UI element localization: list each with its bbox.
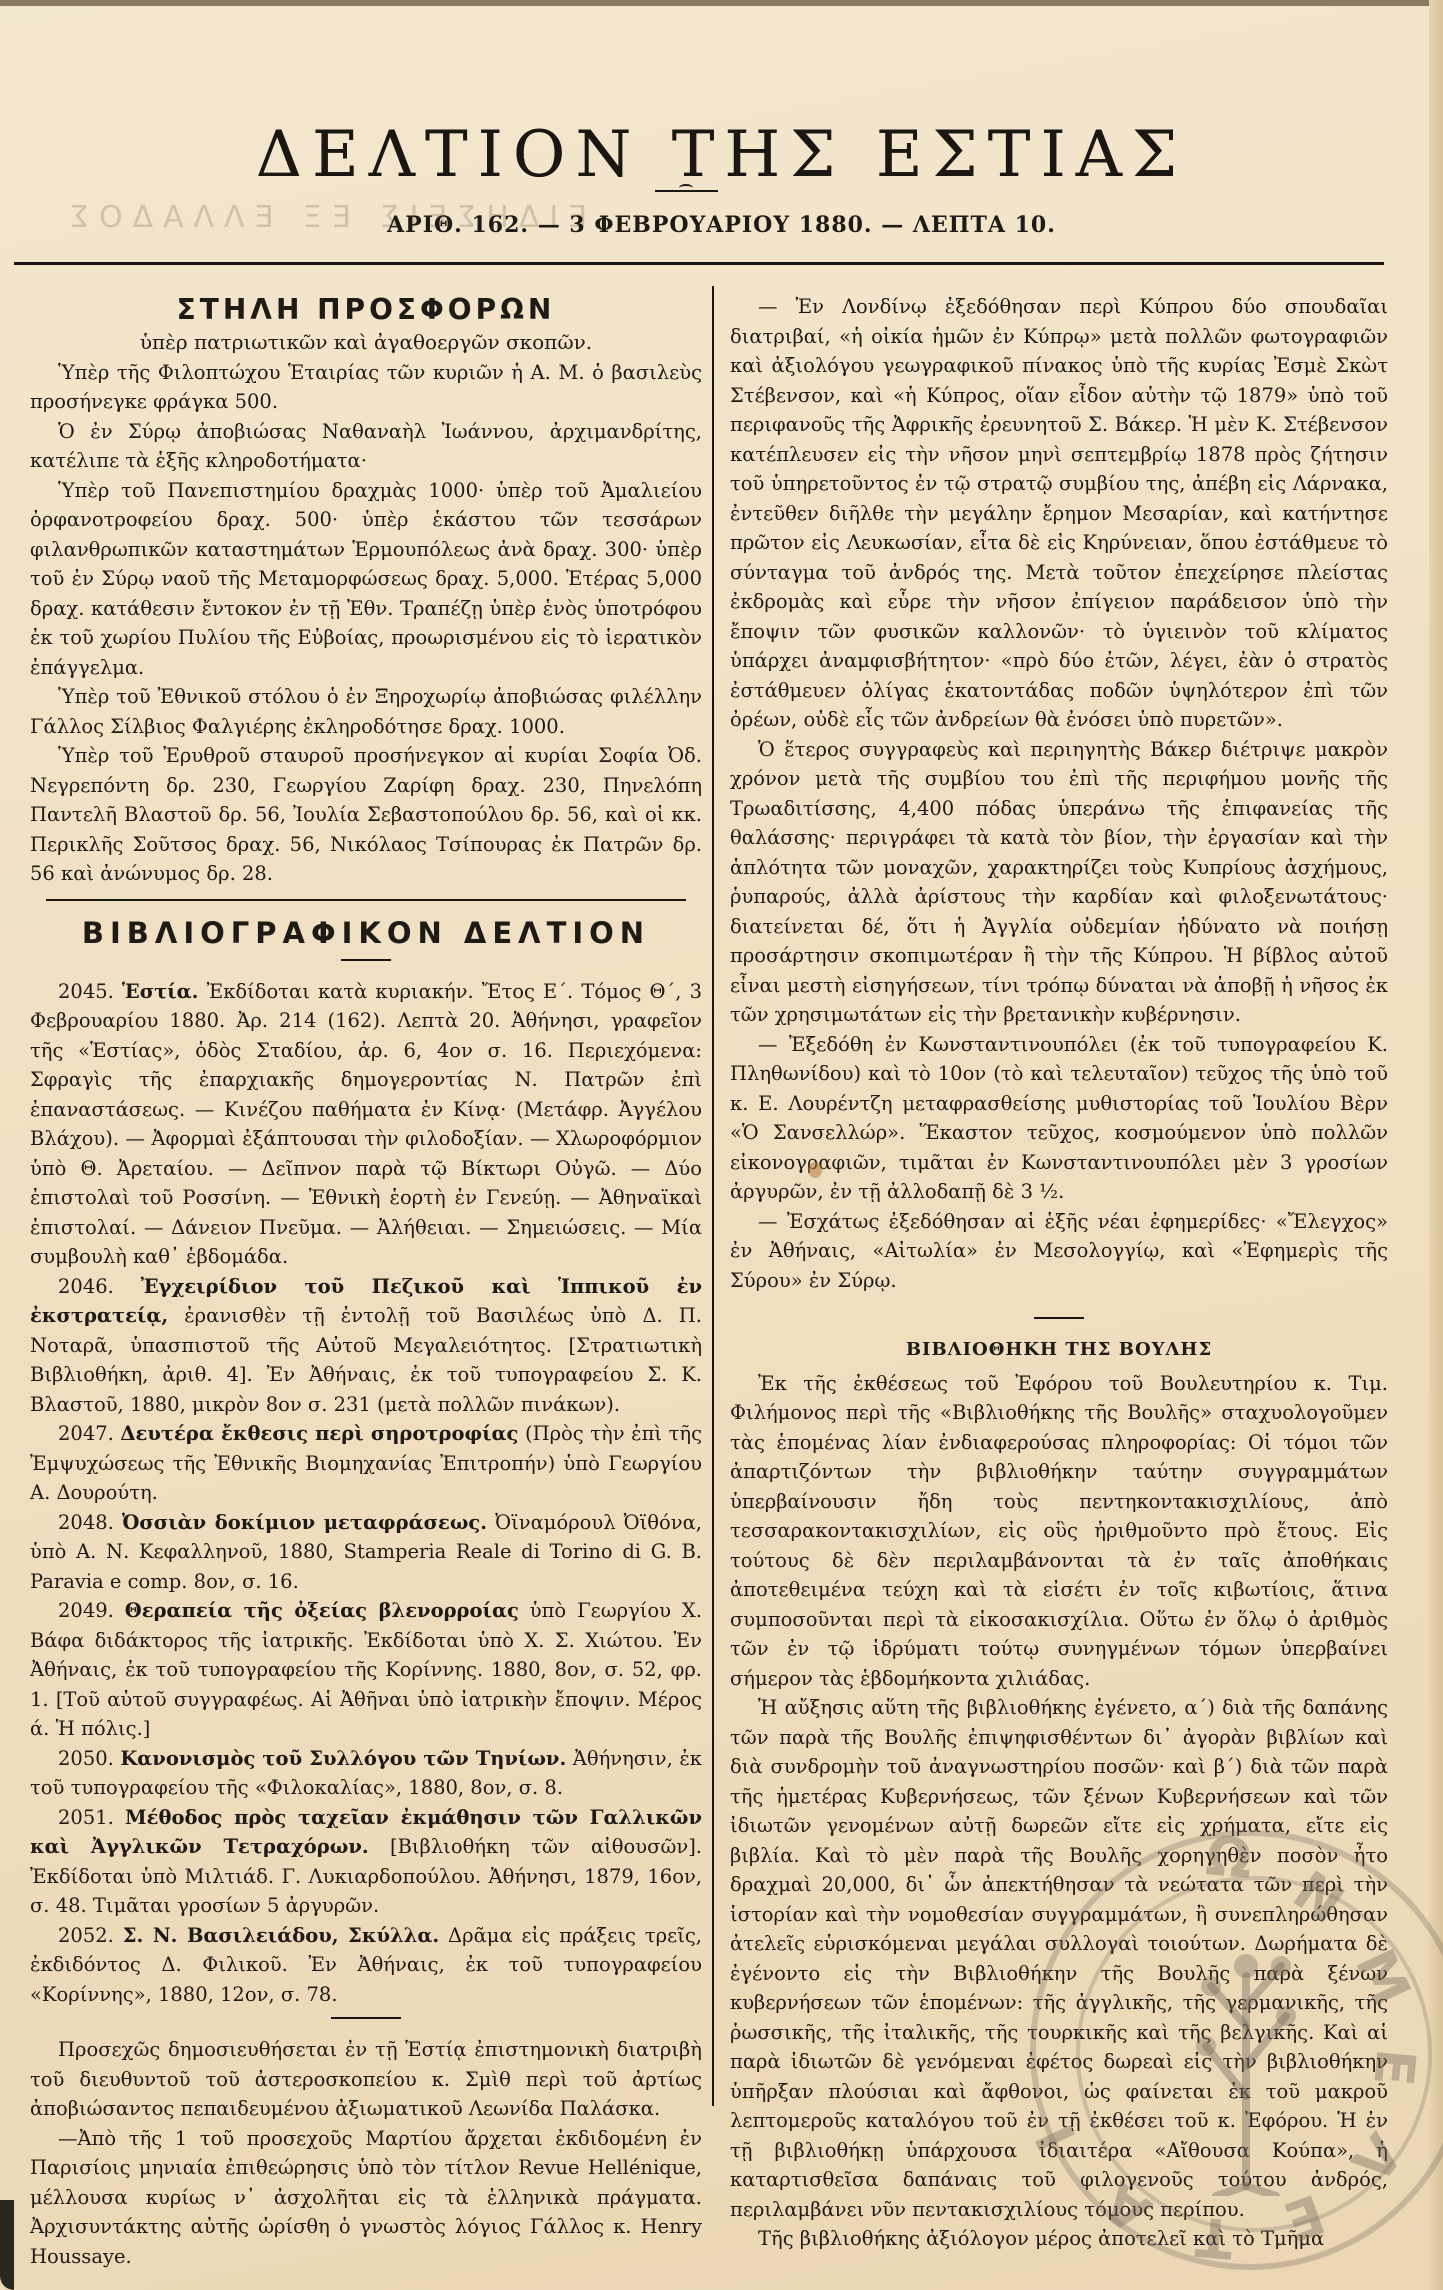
stamp-letter: Ω	[1203, 1824, 1254, 1891]
bibliography-entry: 2048. Ὀσσιὰν δοκίμιον μεταφράσεως. Ὀϊναμ…	[30, 1508, 702, 1597]
entry-title: Κανονισμὸς τοῦ Συλλόγου τῶν Τηνίων.	[120, 1747, 566, 1770]
masthead-bottom-rule	[14, 262, 1384, 265]
bibliography-entry: 2047. Δευτέρα ἔκθεσις περὶ σηροτροφίας (…	[30, 1419, 702, 1508]
left-column: ΣΤΗΛΗ ΠΡΟΣΦΟΡΩΝ ὑπὲρ πατριωτικῶν καὶ ἀγα…	[30, 292, 702, 2271]
title-underline	[341, 959, 391, 961]
news-item: — Ἐν Λονδίνῳ ἐξεδόθησαν περὶ Κύπρου δύο …	[730, 292, 1388, 735]
entry-number: 2047.	[58, 1422, 114, 1445]
stamp-letter: Ε	[1361, 2046, 1427, 2088]
entry-number: 2048.	[58, 1511, 114, 1534]
offers-subtitle: ὑπὲρ πατριωτικῶν καὶ ἀγαθοεργῶν σκοπῶν.	[30, 328, 702, 358]
library-paragraph: Ἐκ τῆς ἐκθέσεως τοῦ Ἐφόρου τοῦ Βουλευτηρ…	[730, 1369, 1388, 1694]
section-divider	[46, 899, 686, 901]
bibliography-entry: 2049. Θεραπεία τῆς ὀξείας βλενορροίας ὑπ…	[30, 1596, 702, 1744]
entry-title: Θεραπεία τῆς ὀξείας βλενορροίας	[125, 1599, 519, 1622]
library-stamp: Ω Ν Μ Ε Λ Ε Τ Α Ι	[1030, 1830, 1443, 2270]
entry-number: 2045.	[58, 980, 114, 1003]
bibliography-entry: 2051. Μέθοδος πρὸς ταχεῖαν ἐκμάθησιν τῶν…	[30, 1803, 702, 1921]
title-ornament-notch	[679, 184, 693, 192]
bibliography-entry: 2050. Κανονισμὸς τοῦ Συλλόγου τῶν Τηνίων…	[30, 1744, 702, 1803]
entry-number: 2050.	[58, 1747, 114, 1770]
news-item: — Ἐσχάτως ἐξεδόθησαν αἱ ἑξῆς νέαι ἐφημερ…	[730, 1207, 1388, 1296]
entry-number: 2049.	[58, 1599, 114, 1622]
left-news-section: Προσεχῶς δημοσιευθήσεται ἐν τῇ Ἑστίᾳ ἐπι…	[30, 2035, 702, 2271]
news-item: Προσεχῶς δημοσιευθήσεται ἐν τῇ Ἑστίᾳ ἐπι…	[30, 2035, 702, 2124]
ink-stain	[808, 1162, 822, 1178]
news-item: — Ἐξεδόθη ἐν Κωνσταντινουπόλει (ἐκ τοῦ τ…	[730, 1030, 1388, 1207]
right-news-section: — Ἐν Λονδίνῳ ἐξεδόθησαν περὶ Κύπρου δύο …	[730, 292, 1388, 1295]
bibliography-entry: 2052. Σ. Ν. Βασιλειάδου, Σκύλλα. Δρᾶμα ε…	[30, 1921, 702, 2010]
page-corner-shadow	[0, 2200, 14, 2290]
tree-icon	[1186, 1896, 1306, 2196]
entry-title: Ἑστία.	[122, 980, 198, 1003]
offers-section: ΣΤΗΛΗ ΠΡΟΣΦΟΡΩΝ ὑπὲρ πατριωτικῶν καὶ ἀγα…	[30, 292, 702, 889]
news-item: Ὁ ἕτερος συγγραφεὺς καὶ περιηγητὴς Βάκερ…	[730, 735, 1388, 1030]
library-title: ΒΙΒΛΙΟΘΗΚΗ ΤΗΣ ΒΟΥΛΗΣ	[730, 1335, 1388, 1365]
offers-paragraph: Ὑπὲρ τοῦ Ἐθνικοῦ στόλου ὁ ἐν Ξηροχωρίῳ ἀ…	[30, 682, 702, 741]
offers-paragraph: Ὑπὲρ τοῦ Πανεπιστημίου δραχμὰς 1000· ὑπὲ…	[30, 476, 702, 683]
entry-title: Ὀσσιὰν δοκίμιον μεταφράσεως.	[122, 1511, 487, 1534]
bibliography-section: ΒΙΒΛΙΟΓΡΑΦΙΚΟΝ ΔΕΛΤΙΟΝ 2045. Ἑστία. Ἐκδί…	[30, 915, 702, 2010]
section-break-rule	[1034, 1317, 1084, 1319]
page-top-edge	[0, 0, 1443, 6]
newspaper-title: ΔΕΛΤΙΟΝ ΤΗΣ ΕΣΤΙΑΣ	[256, 118, 1187, 192]
column-divider	[712, 286, 714, 2106]
masthead-title-wrap: ΔΕΛΤΙΟΝ ΤΗΣ ΕΣΤΙΑΣ	[0, 118, 1443, 192]
entry-number: 2046.	[58, 1275, 114, 1298]
bibliography-title: ΒΙΒΛΙΟΓΡΑΦΙΚΟΝ ΔΕΛΤΙΟΝ	[30, 915, 702, 951]
news-item: —Ἀπὸ τῆς 1 τοῦ προσεχοῦς Μαρτίου ἄρχεται…	[30, 2124, 702, 2272]
entry-title: Σ. Ν. Βασιλειάδου, Σκύλλα.	[123, 1924, 439, 1947]
entry-number: 2052.	[58, 1924, 114, 1947]
entry-number: 2051.	[58, 1806, 114, 1829]
offers-title: ΣΤΗΛΗ ΠΡΟΣΦΟΡΩΝ	[30, 292, 702, 328]
offers-paragraph: Ὑπὲρ τοῦ Ἐρυθροῦ σταυροῦ προσήνεγκον αἱ …	[30, 741, 702, 889]
section-break-rule	[331, 2017, 401, 2019]
entry-title: Δευτέρα ἔκθεσις περὶ σηροτροφίας	[120, 1422, 518, 1445]
stamp-letter: Τ	[1193, 2205, 1235, 2271]
offers-paragraph: Ὁ ἐν Σύρῳ ἀποβιώσας Ναθαναὴλ Ἰωάννου, ἀρ…	[30, 417, 702, 476]
bibliography-entry: 2045. Ἑστία. Ἐκδίδοται κατὰ κυριακήν. Ἔτ…	[30, 977, 702, 1272]
bibliography-entry: 2046. Ἐγχειρίδιον τοῦ Πεζικοῦ καὶ Ἱππικο…	[30, 1272, 702, 1420]
issue-line: ΑΡΙΘ. 162. — 3 ΦΕΒΡΟΥΑΡΙΟΥ 1880. — ΛΕΠΤΑ…	[0, 212, 1443, 238]
entry-text: Ἐκδίδοται κατὰ κυριακήν. Ἔτος Ε΄. Τόμος …	[30, 980, 702, 1269]
offers-paragraph: Ὑπὲρ τῆς Φιλοπτώχου Ἑταιρίας τῶν κυριῶν …	[30, 358, 702, 417]
